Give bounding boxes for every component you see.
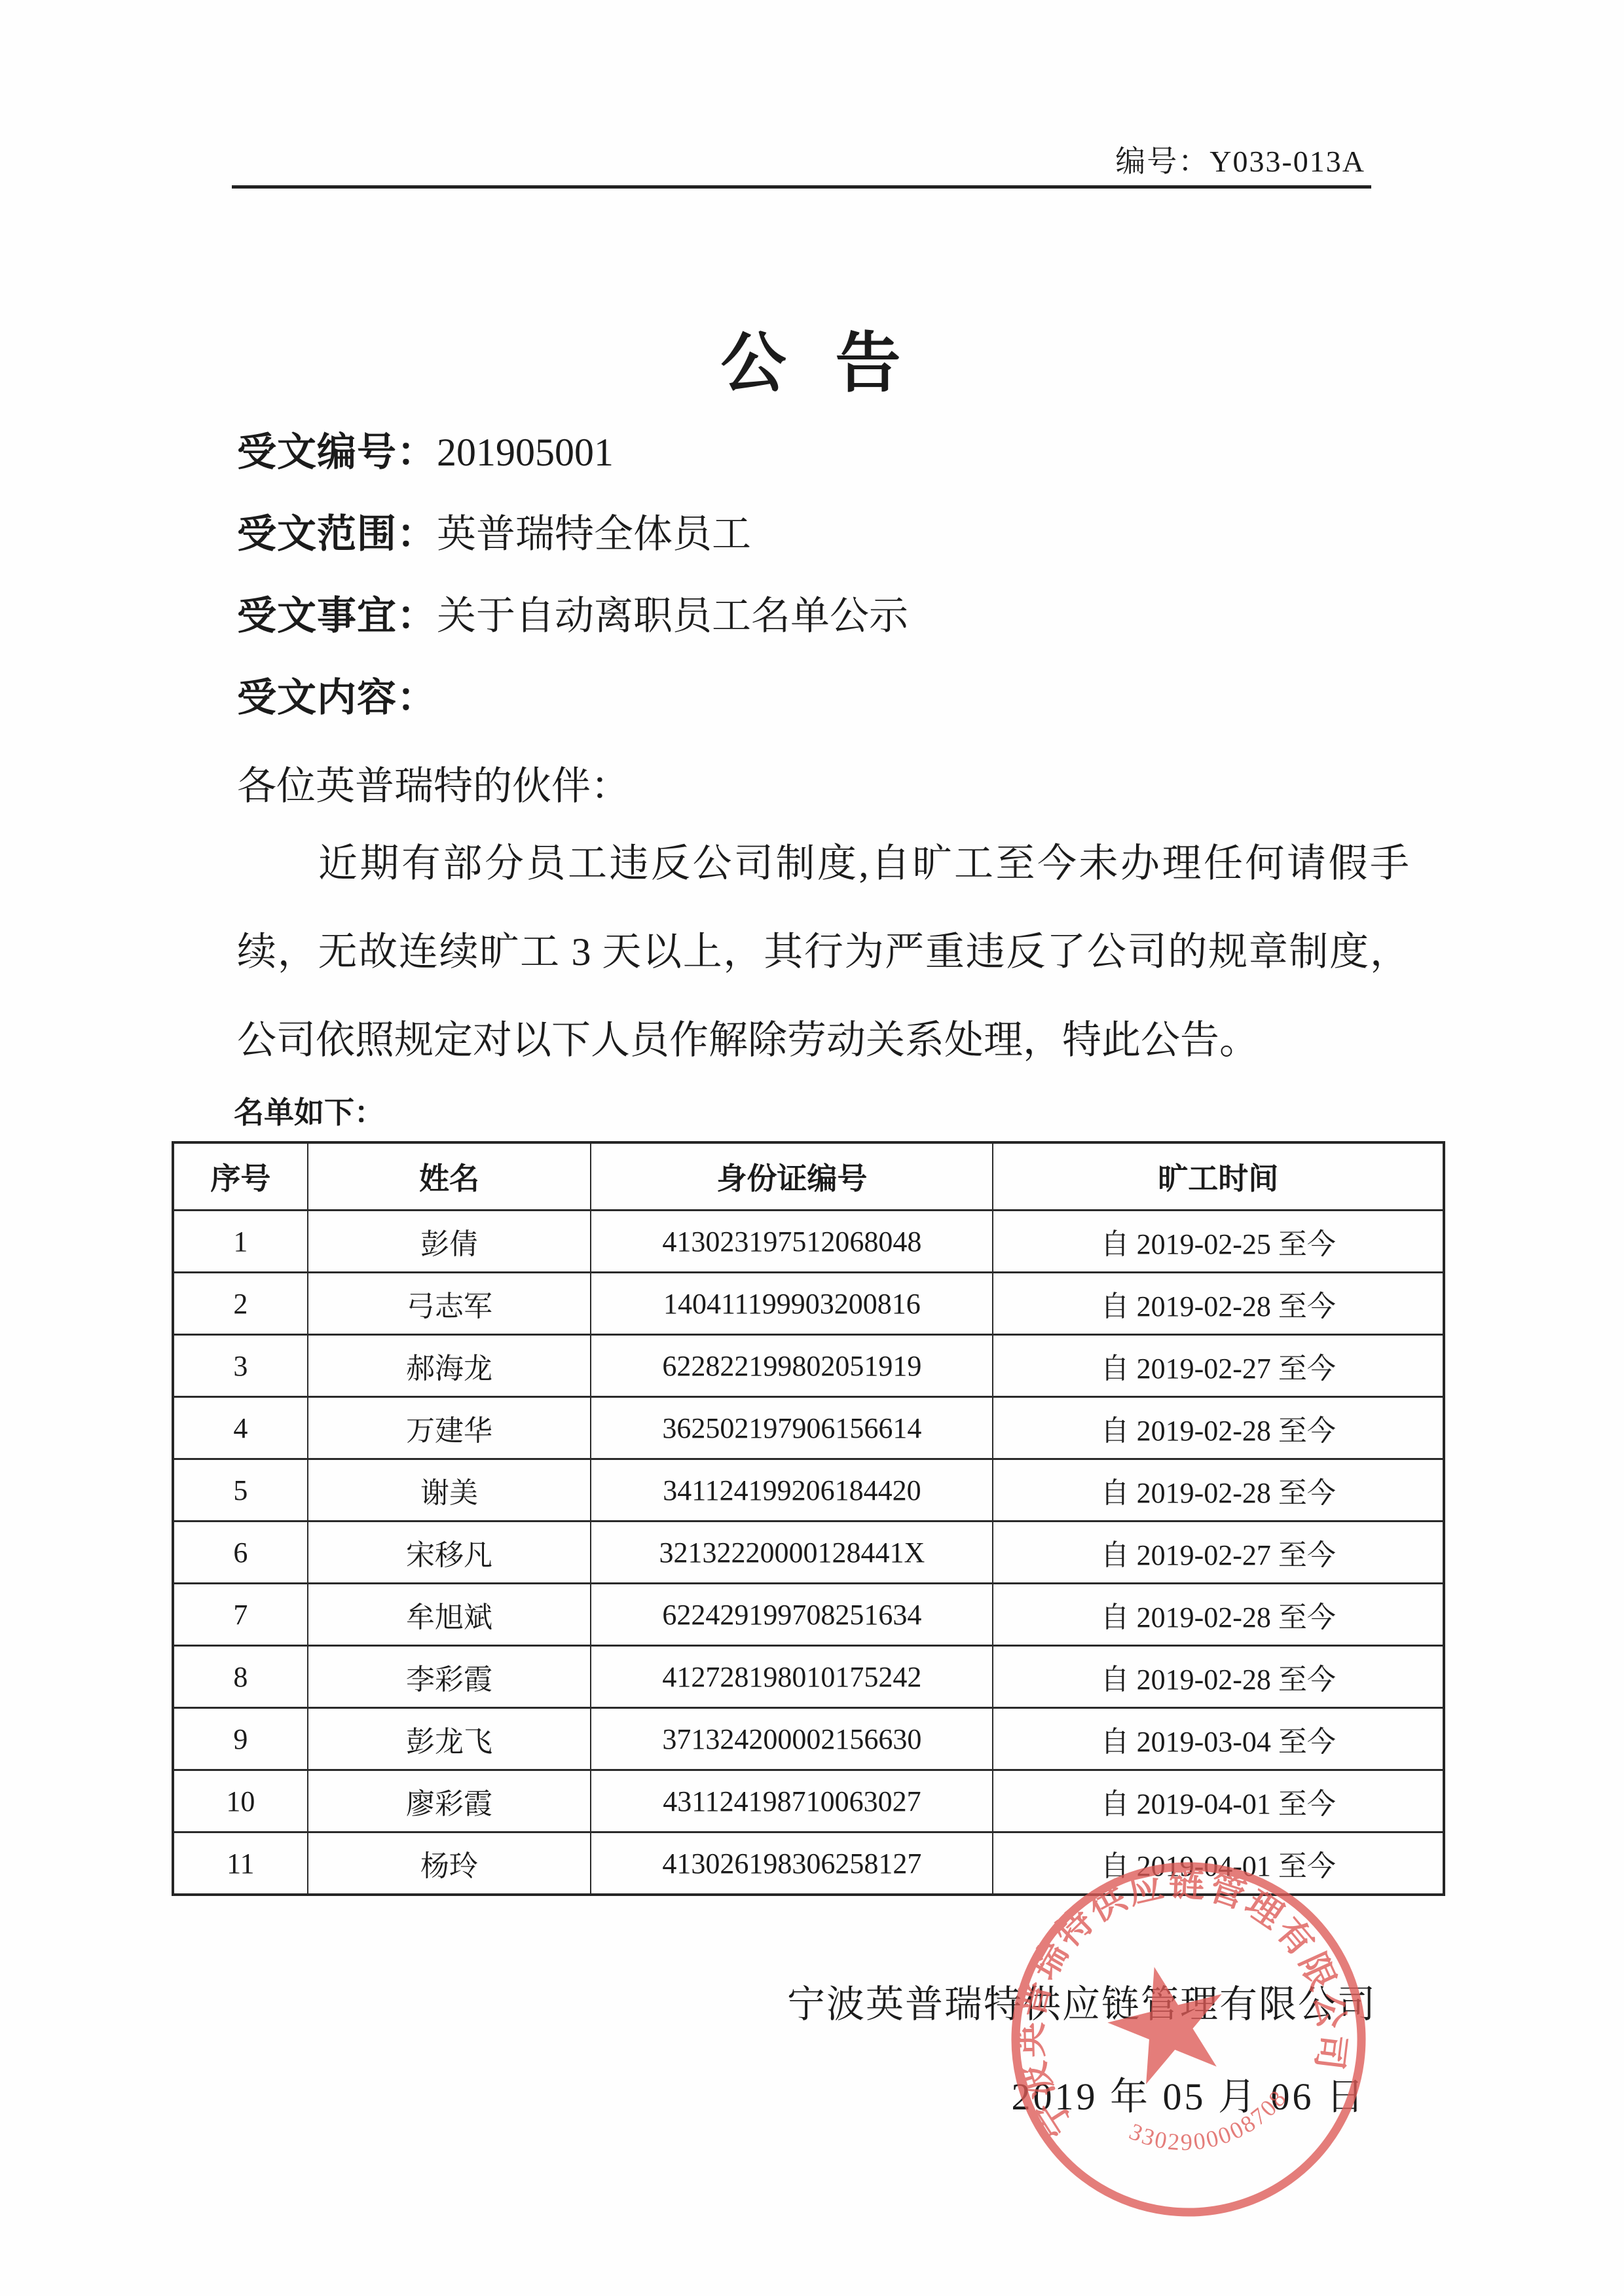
table-cell: 371324200002156630 [591,1708,993,1770]
table-cell: 2 [173,1273,308,1335]
table-row: 10廖彩霞431124198710063027自 2019-04-01 至今 [173,1770,1444,1832]
meta-value: 201905001 [437,431,614,474]
table-cell: 自 2019-02-25 至今 [993,1211,1444,1273]
table-cell: 140411199903200816 [591,1273,993,1335]
meta-line-docnumber: 受文编号：201905001 [237,430,614,475]
table-row: 5谢美341124199206184420自 2019-02-28 至今 [173,1459,1444,1522]
document-code: 编号：Y033-013A [1115,137,1365,181]
table-cell: 6 [173,1522,308,1584]
table-cell: 5 [173,1459,308,1522]
table-header-row: 序号 姓名 身份证编号 旷工时间 [173,1142,1444,1211]
table-cell: 自 2019-02-28 至今 [993,1273,1444,1335]
table-cell: 622822199802051919 [591,1335,993,1397]
table-cell: 622429199708251634 [591,1584,993,1646]
table-cell: 8 [173,1646,308,1708]
meta-label: 受文范围： [237,513,437,556]
table-cell: 李彩霞 [308,1646,591,1708]
signature-company: 宁波英普瑞特供应链管理有限公司 [787,1973,1376,2028]
meta-line-scope: 受文范围：英普瑞特全体员工 [237,512,751,557]
announcement-page: 编号：Y033-013A 公 告 受文编号：201905001 受文范围：英普瑞… [0,0,1624,2296]
table-cell: 431124198710063027 [591,1770,993,1832]
seal-ring [992,1843,1385,2236]
table-cell: 11 [173,1832,308,1895]
table-cell: 自 2019-02-28 至今 [993,1646,1444,1708]
table-row: 3郝海龙622822199802051919自 2019-02-27 至今 [173,1335,1444,1397]
table-cell: 362502197906156614 [591,1397,993,1459]
column-header-index: 序号 [173,1142,308,1211]
table-row: 2弓志军140411199903200816自 2019-02-28 至今 [173,1273,1444,1335]
meta-line-subject: 受文事宜：关于自动离职员工名单公示 [237,594,908,639]
table-row: 4万建华362502197906156614自 2019-02-28 至今 [173,1397,1444,1459]
table-cell: 7 [173,1584,308,1646]
table-cell: 郝海龙 [308,1335,591,1397]
table-row: 6宋移凡32132220000128441X自 2019-02-27 至今 [173,1522,1444,1584]
table-cell: 9 [173,1708,308,1770]
table-cell: 自 2019-04-01 至今 [993,1770,1444,1832]
table-cell: 宋移凡 [308,1522,591,1584]
table-cell: 341124199206184420 [591,1459,993,1522]
page-title: 公 告 [0,310,1624,405]
table-cell: 自 2019-02-28 至今 [993,1397,1444,1459]
table-row: 1彭倩413023197512068048自 2019-02-25 至今 [173,1211,1444,1273]
table-row: 11杨玲413026198306258127自 2019-04-01 至今 [173,1832,1444,1895]
table-cell: 自 2019-03-04 至今 [993,1708,1444,1770]
table-cell: 自 2019-02-28 至今 [993,1459,1444,1522]
table-cell: 4 [173,1397,308,1459]
column-header-id: 身份证编号 [591,1142,993,1211]
table-cell: 413023197512068048 [591,1211,993,1273]
table-cell: 弓志军 [308,1273,591,1335]
table-body: 1彭倩413023197512068048自 2019-02-25 至今2弓志军… [173,1211,1444,1895]
table-cell: 杨玲 [308,1832,591,1895]
meta-label: 受文事宜： [237,594,437,638]
table-row: 8李彩霞412728198010175242自 2019-02-28 至今 [173,1646,1444,1708]
table-cell: 32132220000128441X [591,1522,993,1584]
table-cell: 谢美 [308,1459,591,1522]
dismissal-table: 序号 姓名 身份证编号 旷工时间 1彭倩413023197512068048自 … [172,1141,1445,1896]
column-header-absence: 旷工时间 [993,1142,1444,1211]
table-cell: 1 [173,1211,308,1273]
company-seal-stamp: 宁波英普瑞特供应链管理有限公司 3302900008708 [992,1843,1385,2236]
signature-date: 2019 年 05 月 06 日 [1011,2066,1367,2121]
table-cell: 彭龙飞 [308,1708,591,1770]
table-cell: 自 2019-02-28 至今 [993,1584,1444,1646]
table-cell: 自 2019-04-01 至今 [993,1832,1444,1895]
meta-label: 受文内容： [237,676,437,720]
table-cell: 10 [173,1770,308,1832]
list-label: 名单如下： [234,1089,384,1132]
column-header-name: 姓名 [308,1142,591,1211]
salutation: 各位英普瑞特的伙伴： [237,755,630,811]
table-cell: 牟旭斌 [308,1584,591,1646]
meta-value: 英普瑞特全体员工 [437,513,751,556]
table-cell: 廖彩霞 [308,1770,591,1832]
meta-label: 受文编号： [237,431,437,474]
table-row: 9彭龙飞371324200002156630自 2019-03-04 至今 [173,1708,1444,1770]
header-divider [232,185,1371,189]
table-cell: 412728198010175242 [591,1646,993,1708]
table-cell: 自 2019-02-27 至今 [993,1522,1444,1584]
meta-line-content: 受文内容： [237,676,437,721]
table-cell: 自 2019-02-27 至今 [993,1335,1444,1397]
table-cell: 3 [173,1335,308,1397]
table-cell: 万建华 [308,1397,591,1459]
body-paragraph: 近期有部分员工违反公司制度,自旷工至今未办理任何请假手续，无故连续旷工 3 天以… [237,820,1409,1085]
meta-value: 关于自动离职员工名单公示 [437,594,908,638]
table-cell: 413026198306258127 [591,1832,993,1895]
table-row: 7牟旭斌622429199708251634自 2019-02-28 至今 [173,1584,1444,1646]
table-cell: 彭倩 [308,1211,591,1273]
